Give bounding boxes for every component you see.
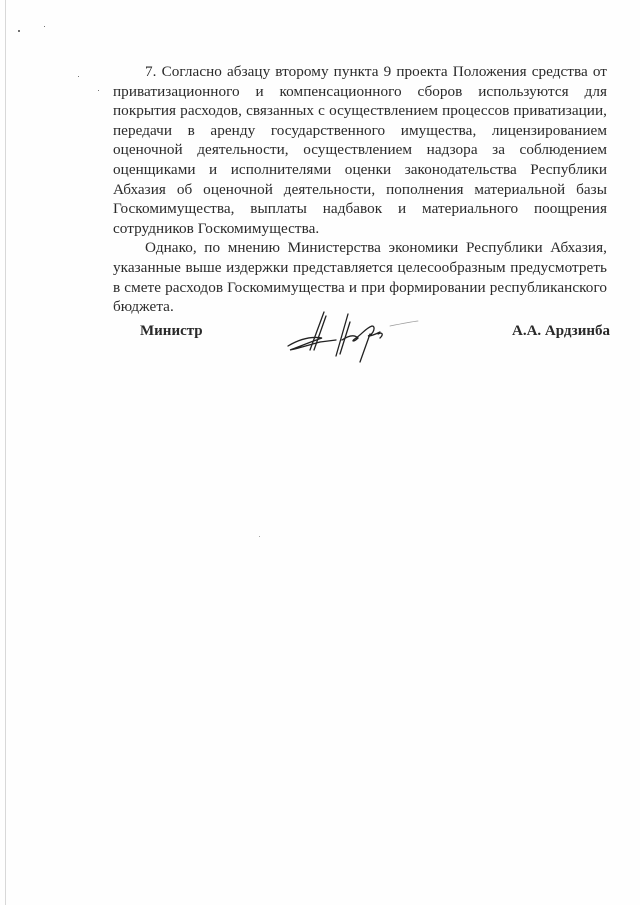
- scan-edge-line: [5, 0, 6, 905]
- paragraph-7: 7. Согласно абзацу второму пункта 9 прое…: [113, 62, 607, 238]
- handwritten-signature-icon: [280, 304, 420, 374]
- scan-speck: [18, 30, 20, 32]
- signatory-title: Министр: [140, 323, 203, 340]
- scan-speck: [98, 90, 99, 91]
- scan-speck: [44, 26, 45, 27]
- document-page: 7. Согласно абзацу второму пункта 9 прое…: [0, 0, 640, 905]
- document-body: 7. Согласно абзацу второму пункта 9 прое…: [113, 62, 607, 317]
- signatory-name: А.А. Ардзинба: [512, 323, 610, 340]
- scan-speck: [78, 76, 79, 77]
- scan-speck: [259, 536, 260, 537]
- signature-block: Министр А.А. Ардзинба: [140, 314, 610, 374]
